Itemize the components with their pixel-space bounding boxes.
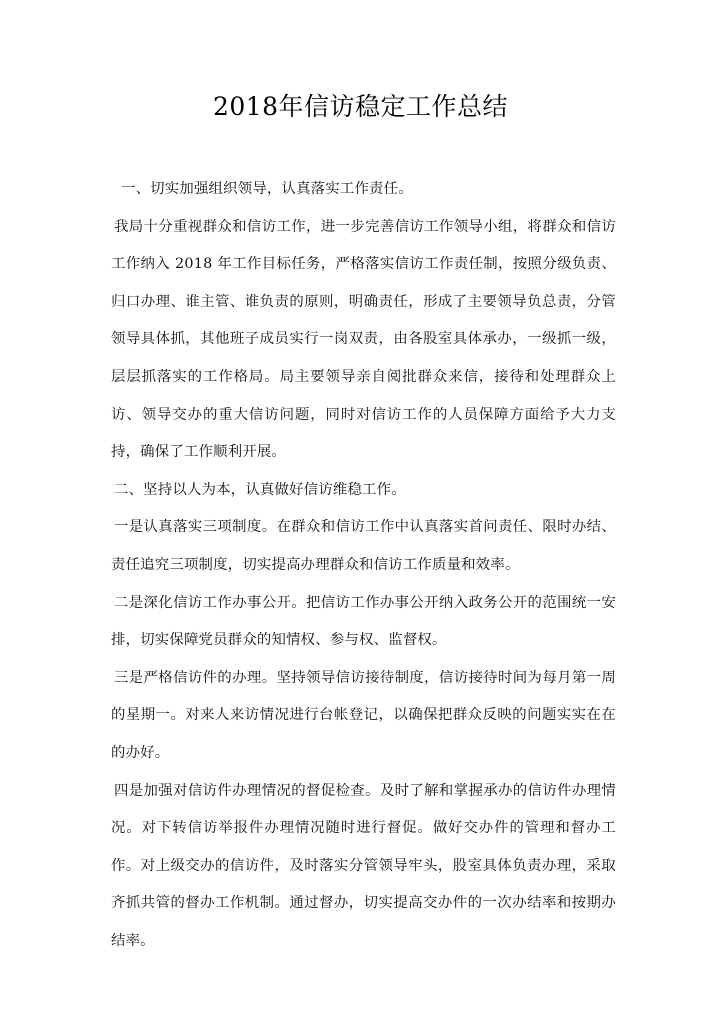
section-heading-1: 一、切实加强组织领导，认真落实工作责任。 — [111, 171, 616, 209]
section-heading-2: 二、坚持以人为本，认真做好信访维稳工作。 — [111, 472, 616, 510]
paragraph-supervision: 四是加强对信访件办理情况的督促检查。及时了解和掌握承办的信访件办理情况。对下转信… — [111, 773, 616, 961]
paragraph-leadership: 我局十分重视群众和信访工作，进一步完善信访工作领导小组，将群众和信访工作纳入 2… — [111, 209, 616, 472]
document-body: 一、切实加强组织领导，认真落实工作责任。 我局十分重视群众和信访工作，进一步完善… — [111, 171, 616, 960]
paragraph-three-systems: 一是认真落实三项制度。在群众和信访工作中认真落实首问责任、限时办结、责任追究三项… — [111, 509, 616, 584]
paragraph-openness: 二是深化信访工作办事公开。把信访工作办事公开纳入政务公开的范围统一安排，切实保障… — [111, 585, 616, 660]
paragraph-handling: 三是严格信访件的办理。坚持领导信访接待制度，信访接待时间为每月第一周的星期一。对… — [111, 660, 616, 773]
document-page: 2018年信访稳定工作总结 一、切实加强组织领导，认真落实工作责任。 我局十分重… — [0, 0, 721, 1020]
document-title: 2018年信访稳定工作总结 — [0, 90, 721, 124]
